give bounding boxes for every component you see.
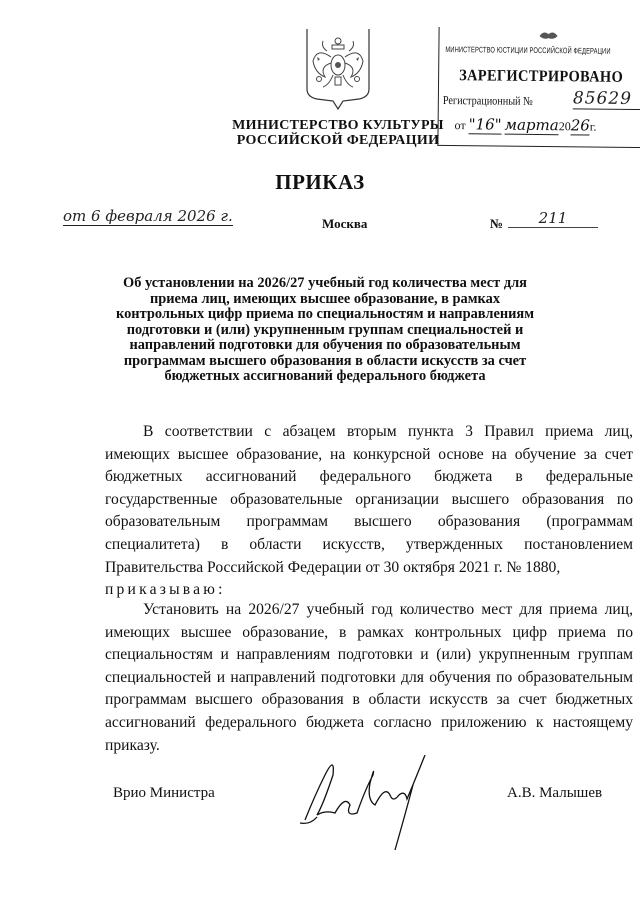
operative-text: Установить на 2026/27 учебный год количе… bbox=[105, 601, 633, 754]
order-city: Москва bbox=[322, 216, 367, 232]
order-number: 211 bbox=[508, 209, 598, 228]
ministry-name: МИНИСТЕРСТВО КУЛЬТУРЫ РОССИЙСКОЙ ФЕДЕРАЦ… bbox=[228, 118, 448, 148]
order-date: от 6 февраля 2026 г. bbox=[63, 207, 233, 225]
order-word: приказываю: bbox=[105, 581, 226, 598]
preamble-text: В соответствии с абзацем вторым пункта 3… bbox=[105, 423, 633, 576]
ministry-line-2: РОССИЙСКОЙ ФЕДЕРАЦИИ bbox=[228, 133, 448, 148]
order-number-label: № bbox=[490, 216, 503, 232]
stamp-reg-label: Регистрационный № bbox=[443, 93, 533, 109]
stamp-year-suffix: 26 bbox=[571, 116, 590, 135]
stamp-reg-number: 85629 bbox=[573, 88, 640, 110]
handwritten-signature bbox=[295, 755, 475, 875]
stamp-date-suffix: г. bbox=[590, 120, 597, 134]
stamp-date-day: "16" bbox=[469, 115, 502, 134]
order-date-text: от 6 февраля 2026 г. bbox=[63, 207, 233, 226]
order-subject: Об установлении на 2026/27 учебный год к… bbox=[105, 276, 545, 385]
ministry-line-1: МИНИСТЕРСТВО КУЛЬТУРЫ bbox=[228, 118, 448, 133]
russian-coat-of-arms-icon bbox=[305, 27, 371, 111]
stamp-eagle-icon bbox=[537, 30, 559, 42]
preamble-paragraph: В соответствии с абзацем вторым пункта 3… bbox=[105, 421, 633, 602]
stamp-ministry: МИНИСТЕРСТВО ЮСТИЦИИ РОССИЙСКОЙ ФЕДЕРАЦИ… bbox=[445, 45, 610, 56]
operative-paragraph: Установить на 2026/27 учебный год количе… bbox=[105, 599, 633, 757]
registration-stamp: МИНИСТЕРСТВО ЮСТИЦИИ РОССИЙСКОЙ ФЕДЕРАЦИ… bbox=[437, 27, 640, 148]
stamp-date-month: марта bbox=[504, 116, 558, 136]
signatory-name: А.В. Малышев bbox=[507, 785, 602, 802]
stamp-year-prefix: 20 bbox=[559, 119, 571, 133]
stamp-date-prefix: от bbox=[455, 118, 466, 132]
document-type: ПРИКАЗ bbox=[0, 170, 640, 195]
stamp-date: от "16" марта2026г. bbox=[455, 115, 597, 134]
stamp-registered: ЗАРЕГИСТРИРОВАНО bbox=[459, 67, 623, 87]
signatory-role: Врио Министра bbox=[113, 785, 215, 802]
